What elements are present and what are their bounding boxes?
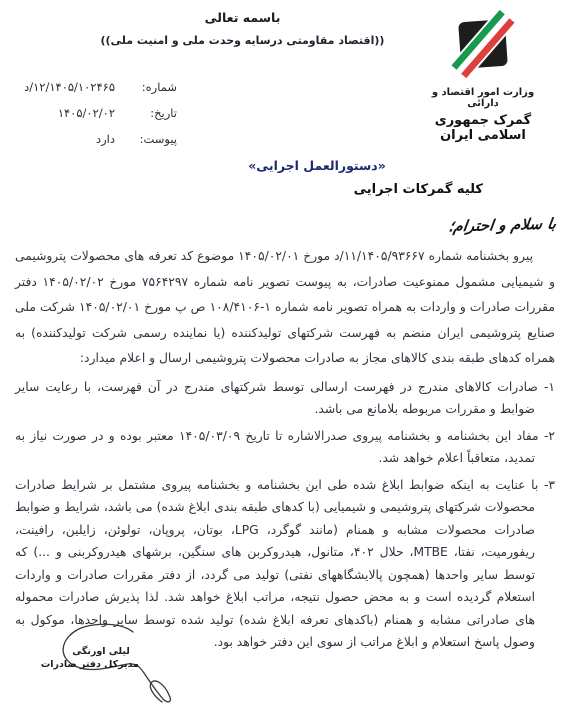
letter-meta-block: شماره: ۱۲/۱۴۰۵/۱۰۲۴۶۵/د تاریخ: ۱۴۰۵/۰۲/۰… xyxy=(0,80,177,158)
year-slogan: ((اقتصاد مقاومتی درسایه وحدت ملی و امنیت… xyxy=(55,34,430,47)
signatory-text: لیلی اورنگی مدیرکل دفتر صادرات xyxy=(63,646,139,670)
number-value: ۱۲/۱۴۰۵/۱۰۲۴۶۵/د xyxy=(24,80,115,94)
signatory-title: مدیرکل دفتر صادرات xyxy=(63,659,139,670)
letterhead-center: باسمه تعالی ((اقتصاد مقاومتی درسایه وحدت… xyxy=(55,10,430,47)
doc-type-title: «دستورالعمل اجرایی» xyxy=(170,158,464,173)
signatory-name: لیلی اورنگی xyxy=(63,646,139,657)
scanned-letter-page: باسمه تعالی ((اقتصاد مقاومتی درسایه وحدت… xyxy=(0,0,570,706)
bismillah-text: باسمه تعالی xyxy=(55,10,430,25)
addressee-line: کلیه گمرکات اجرایی xyxy=(354,182,483,197)
date-value: ۱۴۰۵/۰۲/۰۲ xyxy=(58,106,115,120)
signature-block: لیلی اورنگی مدیرکل دفتر صادرات xyxy=(35,620,205,706)
number-label: شماره: xyxy=(129,80,177,94)
intro-paragraph: پیرو بخشنامه شماره ۱۱/۱۴۰۵/۹۳۶۶۷/د مورخ … xyxy=(15,244,555,372)
list-item-2: ۲- مفاد این بخشنامه و بخشنامه پیروی صدرا… xyxy=(15,425,555,470)
organization-name: گمرک جمهوری اسلامی ایران xyxy=(418,113,548,143)
meta-row-attachment: پیوست: دارد xyxy=(0,132,177,146)
meta-row-date: تاریخ: ۱۴۰۵/۰۲/۰۲ xyxy=(0,106,177,120)
letter-body: پیرو بخشنامه شماره ۱۱/۱۴۰۵/۹۳۶۶۷/د مورخ … xyxy=(15,244,555,654)
customs-emblem-icon xyxy=(443,6,523,82)
ministry-name: وزارت امور اقتصاد و دارائی xyxy=(418,87,548,109)
letterhead-logo-block: وزارت امور اقتصاد و دارائی گمرک جمهوری ا… xyxy=(418,6,548,143)
meta-row-number: شماره: ۱۲/۱۴۰۵/۱۰۲۴۶۵/د xyxy=(0,80,177,94)
salutation-calligraphy: با سلام و احترام؛ xyxy=(448,215,558,236)
date-label: تاریخ: xyxy=(129,106,177,120)
attachment-value: دارد xyxy=(96,132,115,146)
list-item-1: ۱- صادرات کالاهای مندرج در فهرست ارسالی … xyxy=(15,376,555,421)
numbered-items: ۱- صادرات کالاهای مندرج در فهرست ارسالی … xyxy=(15,376,555,654)
attachment-label: پیوست: xyxy=(129,132,177,146)
